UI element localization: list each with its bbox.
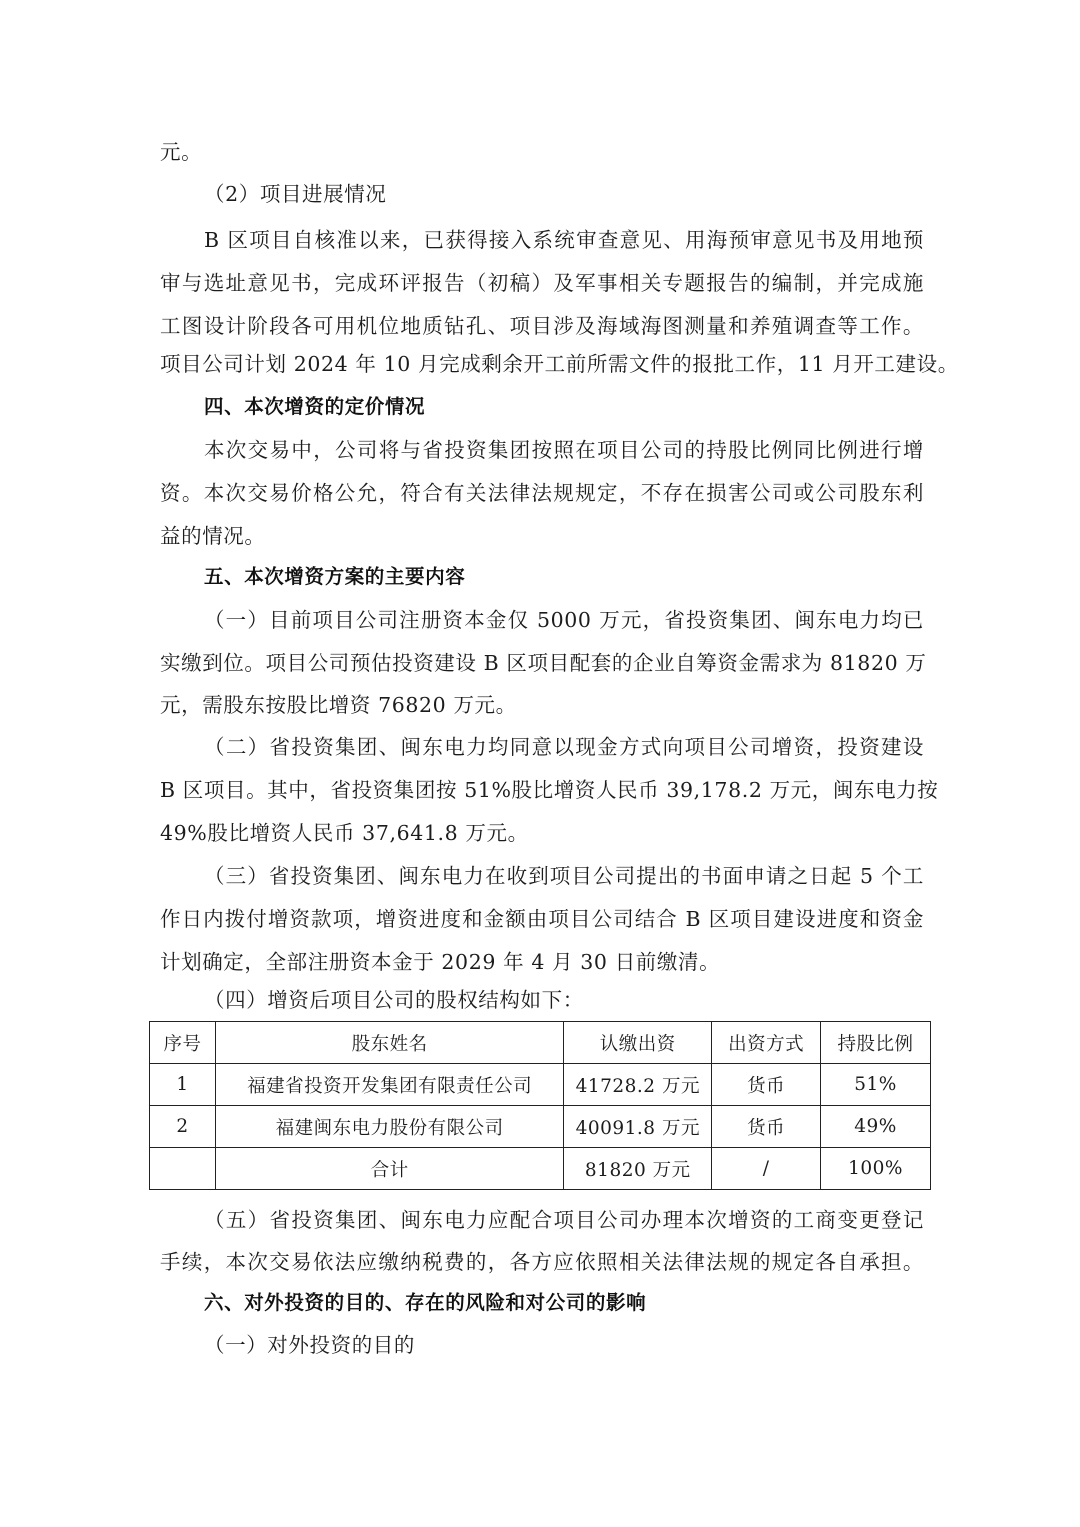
column-header-shareholder: 股东姓名 — [215, 1022, 563, 1064]
paragraph-line: （五）省投资集团、闽东电力应配合项目公司办理本次增资的工商变更登记 — [204, 1205, 924, 1235]
paragraph-line: （二）省投资集团、闽东电力均同意以现金方式向项目公司增资，投资建设 — [204, 732, 924, 762]
paragraph-line: 元，需股东按股比增资 76820 万元。 — [160, 690, 924, 720]
table-header-row: 序号 股东姓名 认缴出资 出资方式 持股比例 — [150, 1022, 931, 1064]
paragraph-line: 手续，本次交易依法应缴纳税费的，各方应依照相关法律法规的规定各自承担。 — [160, 1247, 924, 1277]
paragraph-line: 益的情况。 — [160, 521, 924, 551]
paragraph-line: 实缴到位。项目公司预估投资建设 B 区项目配套的企业自筹资金需求为 81820 … — [160, 648, 924, 678]
paragraph-line: （三）省投资集团、闽东电力在收到项目公司提出的书面申请之日起 5 个工 — [204, 861, 924, 891]
paragraph-line: 49%股比增资人民币 37,641.8 万元。 — [160, 818, 924, 848]
cell-contribution-method: 货币 — [712, 1064, 821, 1106]
cell-index: 2 — [150, 1106, 216, 1148]
equity-structure-table: 序号 股东姓名 认缴出资 出资方式 持股比例 1 福建省投资开发集团有限责任公司… — [149, 1021, 931, 1190]
column-header-contribution-method: 出资方式 — [712, 1022, 821, 1064]
column-header-subscribed-capital: 认缴出资 — [564, 1022, 712, 1064]
cell-total-ratio: 100% — [821, 1148, 931, 1190]
cell-index — [150, 1148, 216, 1190]
cell-contribution-method: / — [712, 1148, 821, 1190]
paragraph-line: 作日内拨付增资款项，增资进度和金额由项目公司结合 B 区项目建设进度和资金 — [160, 904, 924, 934]
cell-contribution-method: 货币 — [712, 1106, 821, 1148]
paragraph-line: B 区项目。其中，省投资集团按 51%股比增资人民币 39,178.2 万元，闽… — [160, 775, 924, 805]
cell-shareholder: 福建省投资开发集团有限责任公司 — [215, 1064, 563, 1106]
paragraph-line: 工图设计阶段各可用机位地质钻孔、项目涉及海域海图测量和养殖调查等工作。 — [160, 311, 924, 341]
section-heading-purpose-risk-impact: 六、对外投资的目的、存在的风险和对公司的影响 — [204, 1288, 924, 1318]
cell-total-capital: 81820 万元 — [564, 1148, 712, 1190]
cell-subscribed-capital: 41728.2 万元 — [564, 1064, 712, 1106]
table-caption: （四）增资后项目公司的股权结构如下： — [204, 985, 924, 1015]
section-heading-pricing: 四、本次增资的定价情况 — [204, 392, 924, 422]
section-heading-plan-content: 五、本次增资方案的主要内容 — [204, 562, 924, 592]
subsection-heading-investment-purpose: （一）对外投资的目的 — [204, 1330, 924, 1360]
column-header-share-ratio: 持股比例 — [821, 1022, 931, 1064]
paragraph-line: 计划确定，全部注册资本金于 2029 年 4 月 30 日前缴清。 — [160, 947, 924, 977]
paragraph-line: （一）目前项目公司注册资本金仅 5000 万元，省投资集团、闽东电力均已 — [204, 605, 924, 635]
cell-index: 1 — [150, 1064, 216, 1106]
table-row: 2 福建闽东电力股份有限公司 40091.8 万元 货币 49% — [150, 1106, 931, 1148]
paragraph-line: 元。 — [160, 137, 924, 167]
table-total-row: 合计 81820 万元 / 100% — [150, 1148, 931, 1190]
paragraph-line: 项目公司计划 2024 年 10 月完成剩余开工前所需文件的报批工作，11 月开… — [160, 349, 924, 379]
paragraph-line: 审与选址意见书，完成环评报告（初稿）及军事相关专题报告的编制，并完成施 — [160, 268, 924, 298]
paragraph-line: B 区项目自核准以来，已获得接入系统审查意见、用海预审意见书及用地预 — [204, 225, 924, 255]
paragraph-line: 本次交易中，公司将与省投资集团按照在项目公司的持股比例同比例进行增 — [204, 435, 924, 465]
paragraph-line: 资。本次交易价格公允，符合有关法律法规规定，不存在损害公司或公司股东利 — [160, 478, 924, 508]
table-row: 1 福建省投资开发集团有限责任公司 41728.2 万元 货币 51% — [150, 1064, 931, 1106]
cell-share-ratio: 51% — [821, 1064, 931, 1106]
document-page: 元。 （2）项目进展情况 B 区项目自核准以来，已获得接入系统审查意见、用海预审… — [0, 0, 1080, 1527]
subsection-heading-project-progress: （2）项目进展情况 — [204, 179, 924, 209]
column-header-index: 序号 — [150, 1022, 216, 1064]
cell-shareholder: 福建闽东电力股份有限公司 — [215, 1106, 563, 1148]
cell-total-label: 合计 — [215, 1148, 563, 1190]
cell-subscribed-capital: 40091.8 万元 — [564, 1106, 712, 1148]
cell-share-ratio: 49% — [821, 1106, 931, 1148]
